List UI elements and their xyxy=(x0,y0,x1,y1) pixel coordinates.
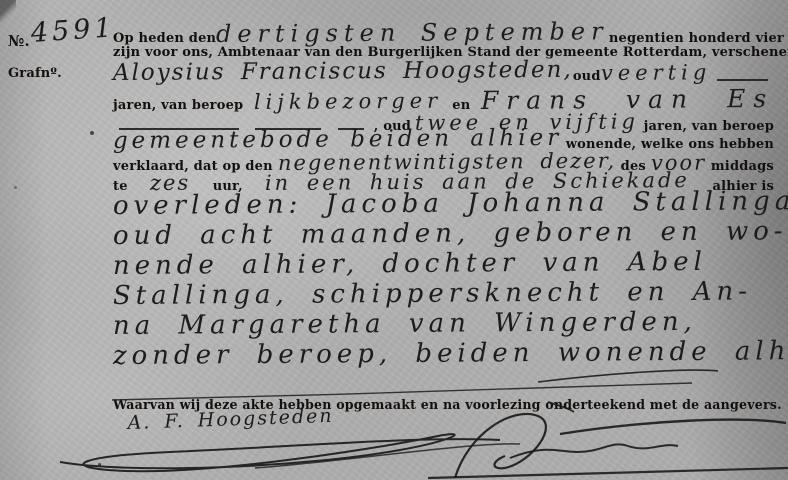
printed-op-heden-den: Op heden den xyxy=(113,31,216,46)
blank-rule xyxy=(717,79,768,81)
hand-deceased-age: oud acht maanden, geboren en wo- xyxy=(113,216,788,251)
hand-declarant1-name: Aloysius Franciscus Hoogsteden, xyxy=(113,57,573,86)
printed-oud: oud xyxy=(573,69,601,84)
ink-speck xyxy=(98,463,101,466)
line-date-header: Op heden den dertigsten September negent… xyxy=(113,20,774,48)
hand-mother-name: na Margaretha van Wingerden, xyxy=(113,307,697,341)
hand-father-name: Stallinga, schippersknecht en An- xyxy=(113,277,752,311)
hand-declarant1-age: veertig xyxy=(600,60,711,85)
scan-corner-mark xyxy=(0,0,16,26)
line-parents-residence: zonder beroep, beiden wonende alhier xyxy=(113,341,774,371)
ink-speck xyxy=(90,131,94,135)
act-number-value: 4591 xyxy=(30,12,117,49)
hand-parents-residence: zonder beroep, beiden wonende alhier xyxy=(113,336,788,371)
printed-year: negentien honderd vier xyxy=(609,31,784,46)
ink-speck xyxy=(14,186,17,189)
scanned-death-certificate: { "certificate": { "margin": { "number_l… xyxy=(0,0,788,480)
act-number-label: №. xyxy=(8,32,30,50)
hand-deceased-name: overleden: Jacoba Johanna Stallinga xyxy=(113,186,788,221)
grafnummer-label: Grafnº. xyxy=(8,66,62,81)
hand-deceased-residence: nende alhier, dochter van Abel xyxy=(113,247,707,281)
hand-registration-date: dertigsten September xyxy=(216,17,609,48)
line-declarant1: Aloysius Franciscus Hoogsteden, oud veer… xyxy=(113,60,774,86)
